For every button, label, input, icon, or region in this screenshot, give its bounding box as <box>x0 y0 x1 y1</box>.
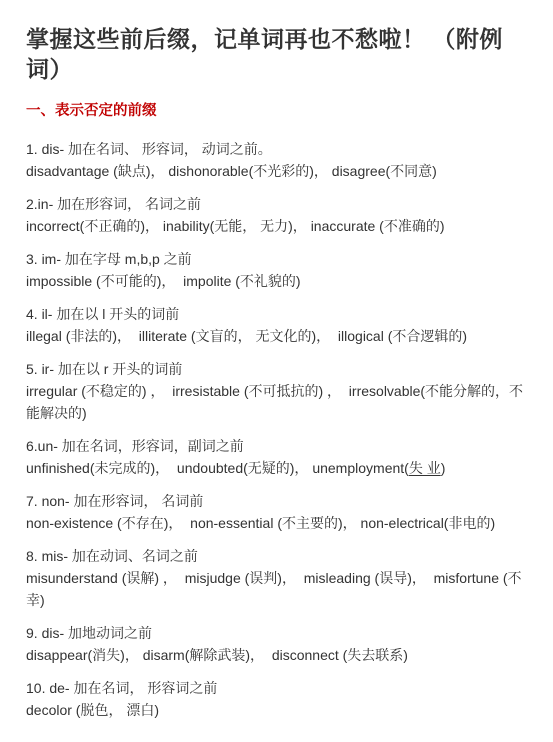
prefix-rule: 9. dis- 加地动词之前 <box>26 622 537 644</box>
prefix-examples: disadvantage (缺点)， dishonorable(不光彩的)， d… <box>26 160 537 182</box>
prefix-item-il: 4. il- 加在以 l 开头的词前 illegal (非法的)， illite… <box>26 303 537 347</box>
examples-underlined-text: 失 业 <box>409 460 441 476</box>
document-page: 掌握这些前后缀，记单词再也不愁啦！ （附例词） 一、表示否定的前缀 1. dis… <box>0 0 553 742</box>
section-heading-negative-prefixes: 一、表示否定的前缀 <box>26 102 537 120</box>
prefix-rule: 8. mis- 加在动词、名词之前 <box>26 545 537 567</box>
prefix-examples: unfinished(未完成的)， undoubted(无疑的)， unempl… <box>26 457 537 479</box>
prefix-examples: irregular (不稳定的) ， irresistable (不可抵抗的) … <box>26 380 537 424</box>
prefix-examples: decolor (脱色， 漂白) <box>26 699 537 721</box>
page-title: 掌握这些前后缀，记单词再也不愁啦！ （附例词） <box>26 24 537 84</box>
prefix-examples: misunderstand (误解) ， misjudge (误判)， misl… <box>26 567 537 611</box>
prefix-item-mis: 8. mis- 加在动词、名词之前 misunderstand (误解) ， m… <box>26 545 537 611</box>
prefix-examples: disappear(消失)， disarm(解除武装)， disconnect … <box>26 644 537 666</box>
prefix-item-ir: 5. ir- 加在以 r 开头的词前 irregular (不稳定的) ， ir… <box>26 358 537 424</box>
prefix-rule: 6.un- 加在名词，形容词，副词之前 <box>26 435 537 457</box>
prefix-rule: 1. dis- 加在名词、 形容词， 动词之前。 <box>26 138 537 160</box>
prefix-examples: illegal (非法的)， illiterate (文盲的， 无文化的)， i… <box>26 325 537 347</box>
prefix-item-de: 10. de- 加在名词， 形容词之前 decolor (脱色， 漂白) <box>26 677 537 721</box>
prefix-rule: 4. il- 加在以 l 开头的词前 <box>26 303 537 325</box>
prefix-examples: impossible (不可能的)， impolite (不礼貌的) <box>26 270 537 292</box>
prefix-item-non: 7. non- 加在形容词， 名词前 non-existence (不存在)， … <box>26 490 537 534</box>
prefix-rule: 3. im- 加在字母 m,b,p 之前 <box>26 248 537 270</box>
prefix-rule: 10. de- 加在名词， 形容词之前 <box>26 677 537 699</box>
prefix-item-un: 6.un- 加在名词，形容词，副词之前 unfinished(未完成的)， un… <box>26 435 537 479</box>
prefix-item-im: 3. im- 加在字母 m,b,p 之前 impossible (不可能的)， … <box>26 248 537 292</box>
prefix-item-dis2: 9. dis- 加地动词之前 disappear(消失)， disarm(解除武… <box>26 622 537 666</box>
prefix-item-in: 2.in- 加在形容词， 名词之前 incorrect(不正确的)， inabi… <box>26 193 537 237</box>
prefix-examples: incorrect(不正确的)， inability(无能， 无力)， inac… <box>26 215 537 237</box>
prefix-examples: non-existence (不存在)， non-essential (不主要的… <box>26 512 537 534</box>
prefix-rule: 5. ir- 加在以 r 开头的词前 <box>26 358 537 380</box>
prefix-rule: 2.in- 加在形容词， 名词之前 <box>26 193 537 215</box>
examples-text-after: ) <box>441 460 446 476</box>
examples-text-before: unfinished(未完成的)， undoubted(无疑的)， unempl… <box>26 460 409 476</box>
prefix-rule: 7. non- 加在形容词， 名词前 <box>26 490 537 512</box>
prefix-item-dis: 1. dis- 加在名词、 形容词， 动词之前。 disadvantage (缺… <box>26 138 537 182</box>
